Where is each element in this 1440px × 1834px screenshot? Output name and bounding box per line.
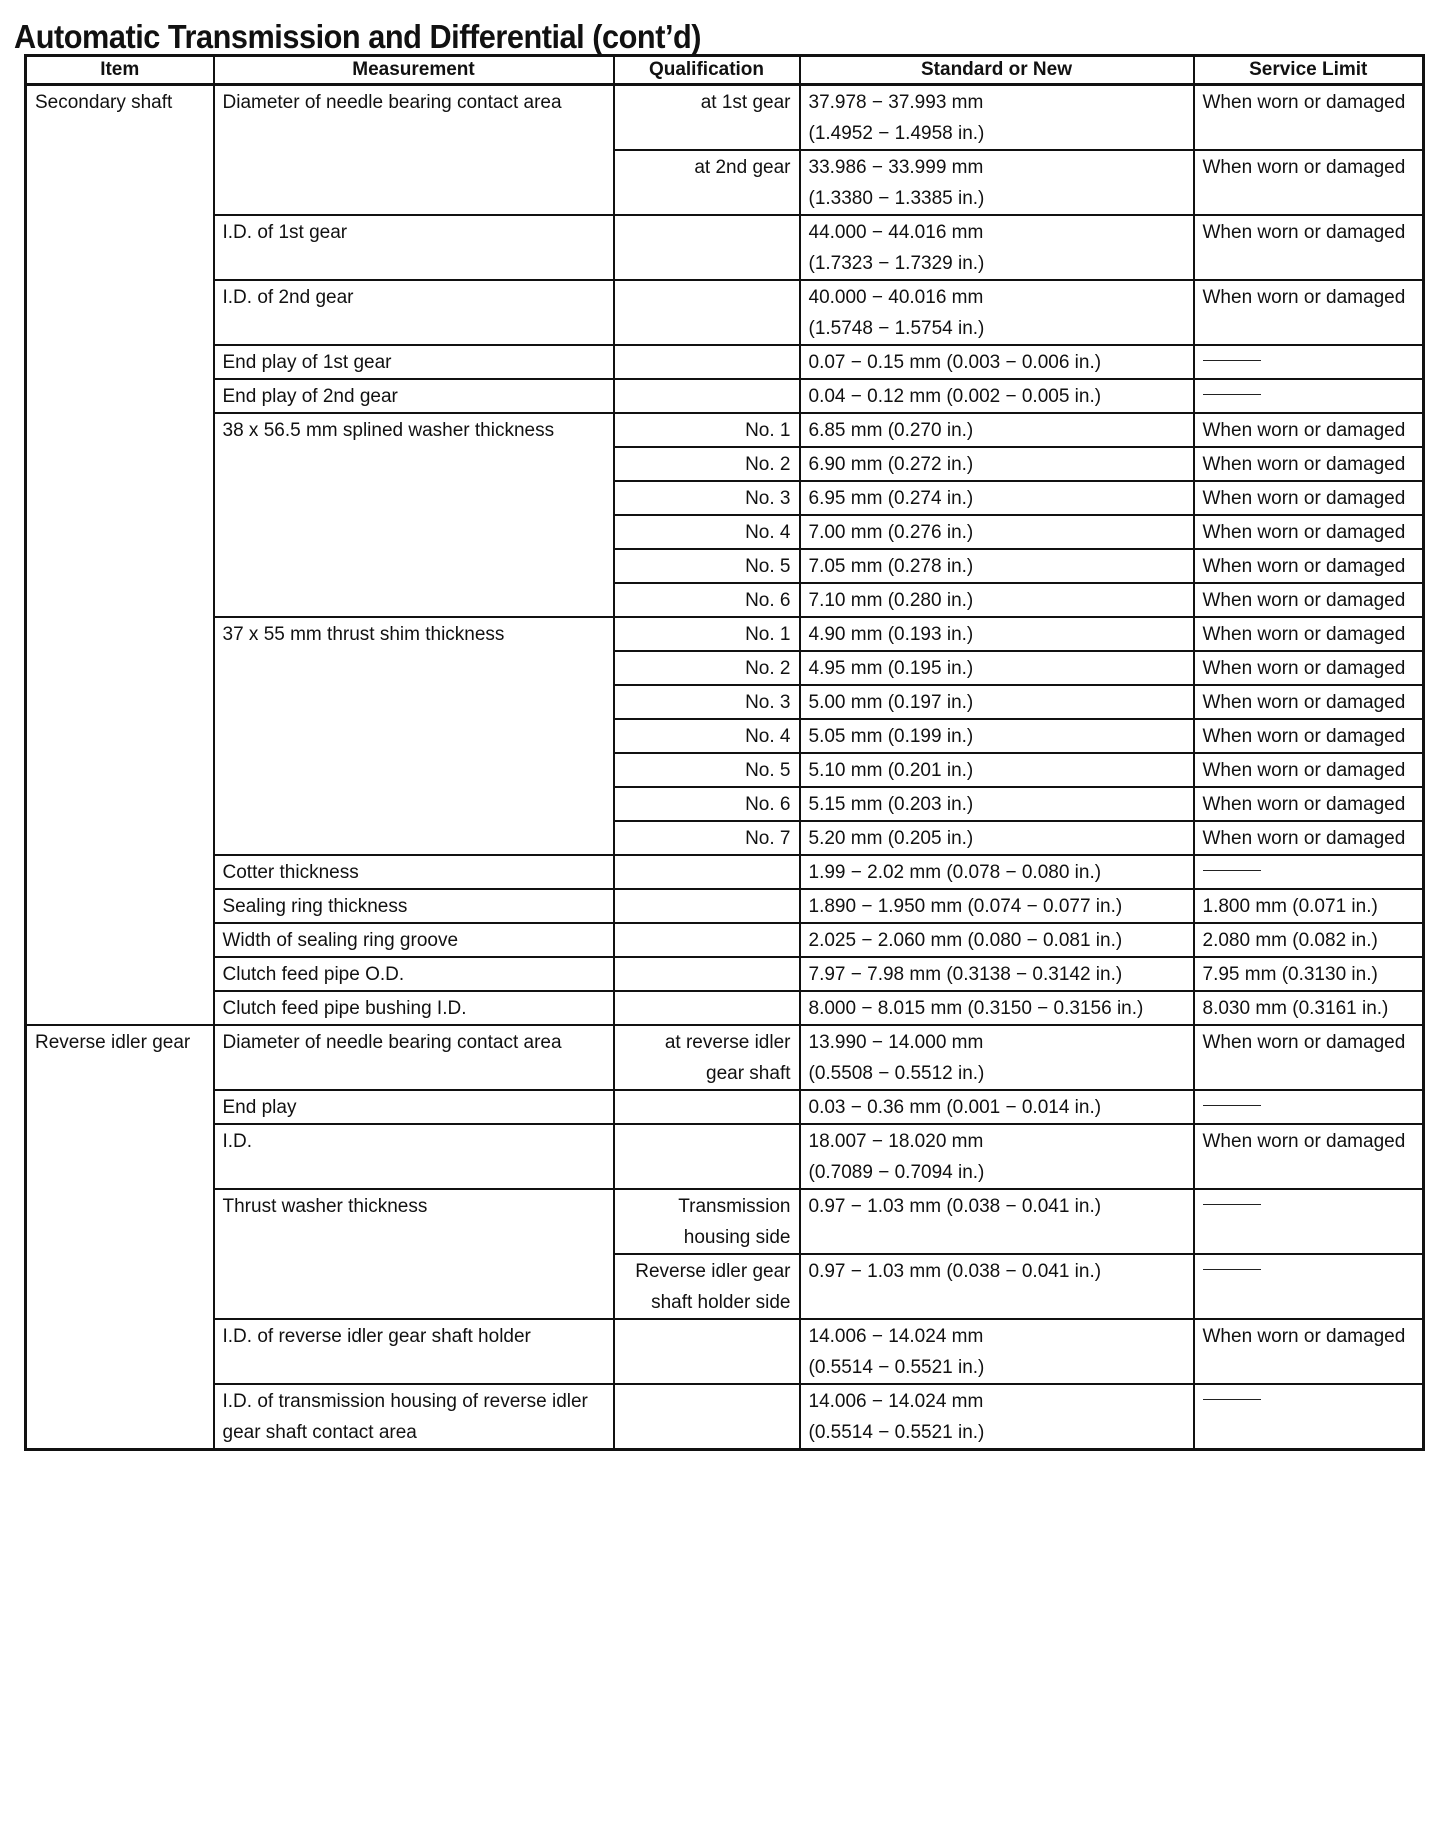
standard-cell: 0.97 − 1.03 mm (0.038 − 0.041 in.) (800, 1254, 1194, 1319)
service-limit-cell: When worn or damaged (1194, 719, 1424, 753)
measurement-cell: Width of sealing ring groove (214, 923, 614, 957)
service-limit-cell: When worn or damaged (1194, 1025, 1424, 1090)
service-limit-cell (1194, 1384, 1424, 1450)
dash-icon (1203, 394, 1261, 395)
dash-icon (1203, 1204, 1261, 1205)
service-limit-cell: When worn or damaged (1194, 1124, 1424, 1189)
qualification-cell: No. 1 (614, 413, 800, 447)
dash-icon (1203, 360, 1261, 361)
qualification-cell: No. 2 (614, 447, 800, 481)
service-limit-cell: When worn or damaged (1194, 85, 1424, 151)
measurement-cell: Cotter thickness (214, 855, 614, 889)
table-row: 37 x 55 mm thrust shim thickness No. 1 4… (26, 617, 1424, 651)
service-limit-cell (1194, 1090, 1424, 1124)
qualification-cell: No. 5 (614, 753, 800, 787)
service-limit-cell: When worn or damaged (1194, 413, 1424, 447)
qualification-cell: No. 6 (614, 787, 800, 821)
standard-cell: 7.00 mm (0.276 in.) (800, 515, 1194, 549)
standard-cell: 5.20 mm (0.205 in.) (800, 821, 1194, 855)
qualification-cell (614, 1124, 800, 1189)
standard-cell: 5.05 mm (0.199 in.) (800, 719, 1194, 753)
header-qualification: Qualification (614, 56, 800, 85)
service-limit-cell: 1.800 mm (0.071 in.) (1194, 889, 1424, 923)
qualification-cell (614, 1090, 800, 1124)
measurement-cell: End play (214, 1090, 614, 1124)
standard-cell: 4.90 mm (0.193 in.) (800, 617, 1194, 651)
measurement-cell: 38 x 56.5 mm splined washer thickness (214, 413, 614, 617)
service-limit-cell: 2.080 mm (0.082 in.) (1194, 923, 1424, 957)
measurement-cell: Sealing ring thickness (214, 889, 614, 923)
page-title: Automatic Transmission and Differential … (14, 18, 701, 56)
standard-cell: 7.97 − 7.98 mm (0.3138 − 0.3142 in.) (800, 957, 1194, 991)
qualification-cell: at reverse idler gear shaft (614, 1025, 800, 1090)
standard-cell: 1.890 − 1.950 mm (0.074 − 0.077 in.) (800, 889, 1194, 923)
measurement-cell: End play of 2nd gear (214, 379, 614, 413)
header-item: Item (26, 56, 214, 85)
standard-cell: 40.000 − 40.016 mm(1.5748 − 1.5754 in.) (800, 280, 1194, 345)
service-limit-cell: When worn or damaged (1194, 447, 1424, 481)
item-cell: Secondary shaft (26, 85, 214, 1026)
standard-cell: 6.85 mm (0.270 in.) (800, 413, 1194, 447)
item-cell: Reverse idler gear (26, 1025, 214, 1450)
standard-cell: 0.97 − 1.03 mm (0.038 − 0.041 in.) (800, 1189, 1194, 1254)
standard-cell: 7.05 mm (0.278 in.) (800, 549, 1194, 583)
measurement-cell: Thrust washer thickness (214, 1189, 614, 1319)
table-row: Reverse idler gear Diameter of needle be… (26, 1025, 1424, 1090)
qualification-cell (614, 957, 800, 991)
standard-cell: 5.15 mm (0.203 in.) (800, 787, 1194, 821)
service-limit-cell: When worn or damaged (1194, 481, 1424, 515)
service-limit-cell (1194, 345, 1424, 379)
table-row: Secondary shaft Diameter of needle beari… (26, 85, 1424, 151)
service-limit-cell: When worn or damaged (1194, 515, 1424, 549)
qualification-cell (614, 855, 800, 889)
standard-cell: 14.006 − 14.024 mm(0.5514 − 0.5521 in.) (800, 1384, 1194, 1450)
qualification-cell: No. 5 (614, 549, 800, 583)
standard-cell: 0.04 − 0.12 mm (0.002 − 0.005 in.) (800, 379, 1194, 413)
qualification-cell: No. 4 (614, 719, 800, 753)
table-row: Width of sealing ring groove 2.025 − 2.0… (26, 923, 1424, 957)
qualification-cell: No. 3 (614, 685, 800, 719)
standard-cell: 2.025 − 2.060 mm (0.080 − 0.081 in.) (800, 923, 1194, 957)
service-limit-cell: When worn or damaged (1194, 280, 1424, 345)
standard-cell: 14.006 − 14.024 mm(0.5514 − 0.5521 in.) (800, 1319, 1194, 1384)
standard-cell: 13.990 − 14.000 mm(0.5508 − 0.5512 in.) (800, 1025, 1194, 1090)
measurement-cell: 37 x 55 mm thrust shim thickness (214, 617, 614, 855)
qualification-cell: No. 6 (614, 583, 800, 617)
qualification-cell (614, 923, 800, 957)
table-row: I.D. of reverse idler gear shaft holder … (26, 1319, 1424, 1384)
dash-icon (1203, 1105, 1261, 1106)
service-limit-cell: When worn or damaged (1194, 150, 1424, 215)
table-row: 38 x 56.5 mm splined washer thickness No… (26, 413, 1424, 447)
measurement-cell: I.D. of reverse idler gear shaft holder (214, 1319, 614, 1384)
qualification-cell: at 2nd gear (614, 150, 800, 215)
qualification-cell: Transmission housing side (614, 1189, 800, 1254)
measurement-cell: I.D. (214, 1124, 614, 1189)
standard-cell: 0.03 − 0.36 mm (0.001 − 0.014 in.) (800, 1090, 1194, 1124)
service-limit-cell (1194, 379, 1424, 413)
qualification-cell: No. 7 (614, 821, 800, 855)
qualification-cell (614, 889, 800, 923)
service-limit-cell: When worn or damaged (1194, 685, 1424, 719)
header-measurement: Measurement (214, 56, 614, 85)
service-limit-cell: When worn or damaged (1194, 651, 1424, 685)
qualification-cell: No. 4 (614, 515, 800, 549)
qualification-cell (614, 1384, 800, 1450)
standard-cell: 6.90 mm (0.272 in.) (800, 447, 1194, 481)
service-limit-cell (1194, 855, 1424, 889)
table-row: Thrust washer thickness Transmission hou… (26, 1189, 1424, 1254)
service-limit-cell: When worn or damaged (1194, 821, 1424, 855)
service-limit-cell: When worn or damaged (1194, 583, 1424, 617)
standard-cell: 33.986 − 33.999 mm(1.3380 − 1.3385 in.) (800, 150, 1194, 215)
table-row: Clutch feed pipe O.D. 7.97 − 7.98 mm (0.… (26, 957, 1424, 991)
measurement-cell: Diameter of needle bearing contact area (214, 1025, 614, 1090)
service-limit-cell: 7.95 mm (0.3130 in.) (1194, 957, 1424, 991)
table-row: Cotter thickness 1.99 − 2.02 mm (0.078 −… (26, 855, 1424, 889)
qualification-cell: at 1st gear (614, 85, 800, 151)
table-row: End play 0.03 − 0.36 mm (0.001 − 0.014 i… (26, 1090, 1424, 1124)
standard-cell: 37.978 − 37.993 mm(1.4952 − 1.4958 in.) (800, 85, 1194, 151)
dash-icon (1203, 1399, 1261, 1400)
dash-icon (1203, 1269, 1261, 1270)
service-limit-cell: 8.030 mm (0.3161 in.) (1194, 991, 1424, 1025)
header-standard: Standard or New (800, 56, 1194, 85)
table-row: Clutch feed pipe bushing I.D. 8.000 − 8.… (26, 991, 1424, 1025)
service-limit-cell: When worn or damaged (1194, 787, 1424, 821)
standard-cell: 7.10 mm (0.280 in.) (800, 583, 1194, 617)
qualification-cell: No. 2 (614, 651, 800, 685)
service-limit-cell (1194, 1189, 1424, 1254)
qualification-cell: No. 1 (614, 617, 800, 651)
measurement-cell: Clutch feed pipe bushing I.D. (214, 991, 614, 1025)
standard-cell: 18.007 − 18.020 mm(0.7089 − 0.7094 in.) (800, 1124, 1194, 1189)
qualification-cell (614, 215, 800, 280)
measurement-cell: I.D. of 1st gear (214, 215, 614, 280)
qualification-cell (614, 280, 800, 345)
qualification-cell (614, 991, 800, 1025)
standard-cell: 0.07 − 0.15 mm (0.003 − 0.006 in.) (800, 345, 1194, 379)
header-row: Item Measurement Qualification Standard … (26, 56, 1424, 85)
table-row: Sealing ring thickness 1.890 − 1.950 mm … (26, 889, 1424, 923)
table-row: I.D. of 2nd gear 40.000 − 40.016 mm(1.57… (26, 280, 1424, 345)
service-limit-cell: When worn or damaged (1194, 1319, 1424, 1384)
qualification-cell (614, 1319, 800, 1384)
service-limit-cell (1194, 1254, 1424, 1319)
measurement-cell: I.D. of 2nd gear (214, 280, 614, 345)
table-row: I.D. of 1st gear 44.000 − 44.016 mm(1.73… (26, 215, 1424, 280)
standard-cell: 6.95 mm (0.274 in.) (800, 481, 1194, 515)
qualification-cell (614, 345, 800, 379)
standard-cell: 44.000 − 44.016 mm(1.7323 − 1.7329 in.) (800, 215, 1194, 280)
service-limit-cell: When worn or damaged (1194, 753, 1424, 787)
standard-cell: 4.95 mm (0.195 in.) (800, 651, 1194, 685)
table-row: End play of 1st gear 0.07 − 0.15 mm (0.0… (26, 345, 1424, 379)
measurement-cell: I.D. of transmission housing of reverse … (214, 1384, 614, 1450)
table-row: I.D. of transmission housing of reverse … (26, 1384, 1424, 1450)
qualification-cell: Reverse idler gear shaft holder side (614, 1254, 800, 1319)
spec-table: Item Measurement Qualification Standard … (24, 54, 1425, 1451)
qualification-cell (614, 379, 800, 413)
standard-cell: 1.99 − 2.02 mm (0.078 − 0.080 in.) (800, 855, 1194, 889)
service-limit-cell: When worn or damaged (1194, 617, 1424, 651)
standard-cell: 8.000 − 8.015 mm (0.3150 − 0.3156 in.) (800, 991, 1194, 1025)
measurement-cell: Clutch feed pipe O.D. (214, 957, 614, 991)
service-limit-cell: When worn or damaged (1194, 215, 1424, 280)
table-row: End play of 2nd gear 0.04 − 0.12 mm (0.0… (26, 379, 1424, 413)
table-row: I.D. 18.007 − 18.020 mm(0.7089 − 0.7094 … (26, 1124, 1424, 1189)
service-limit-cell: When worn or damaged (1194, 549, 1424, 583)
header-service-limit: Service Limit (1194, 56, 1424, 85)
standard-cell: 5.10 mm (0.201 in.) (800, 753, 1194, 787)
measurement-cell: End play of 1st gear (214, 345, 614, 379)
qualification-cell: No. 3 (614, 481, 800, 515)
dash-icon (1203, 870, 1261, 871)
measurement-cell: Diameter of needle bearing contact area (214, 85, 614, 216)
standard-cell: 5.00 mm (0.197 in.) (800, 685, 1194, 719)
